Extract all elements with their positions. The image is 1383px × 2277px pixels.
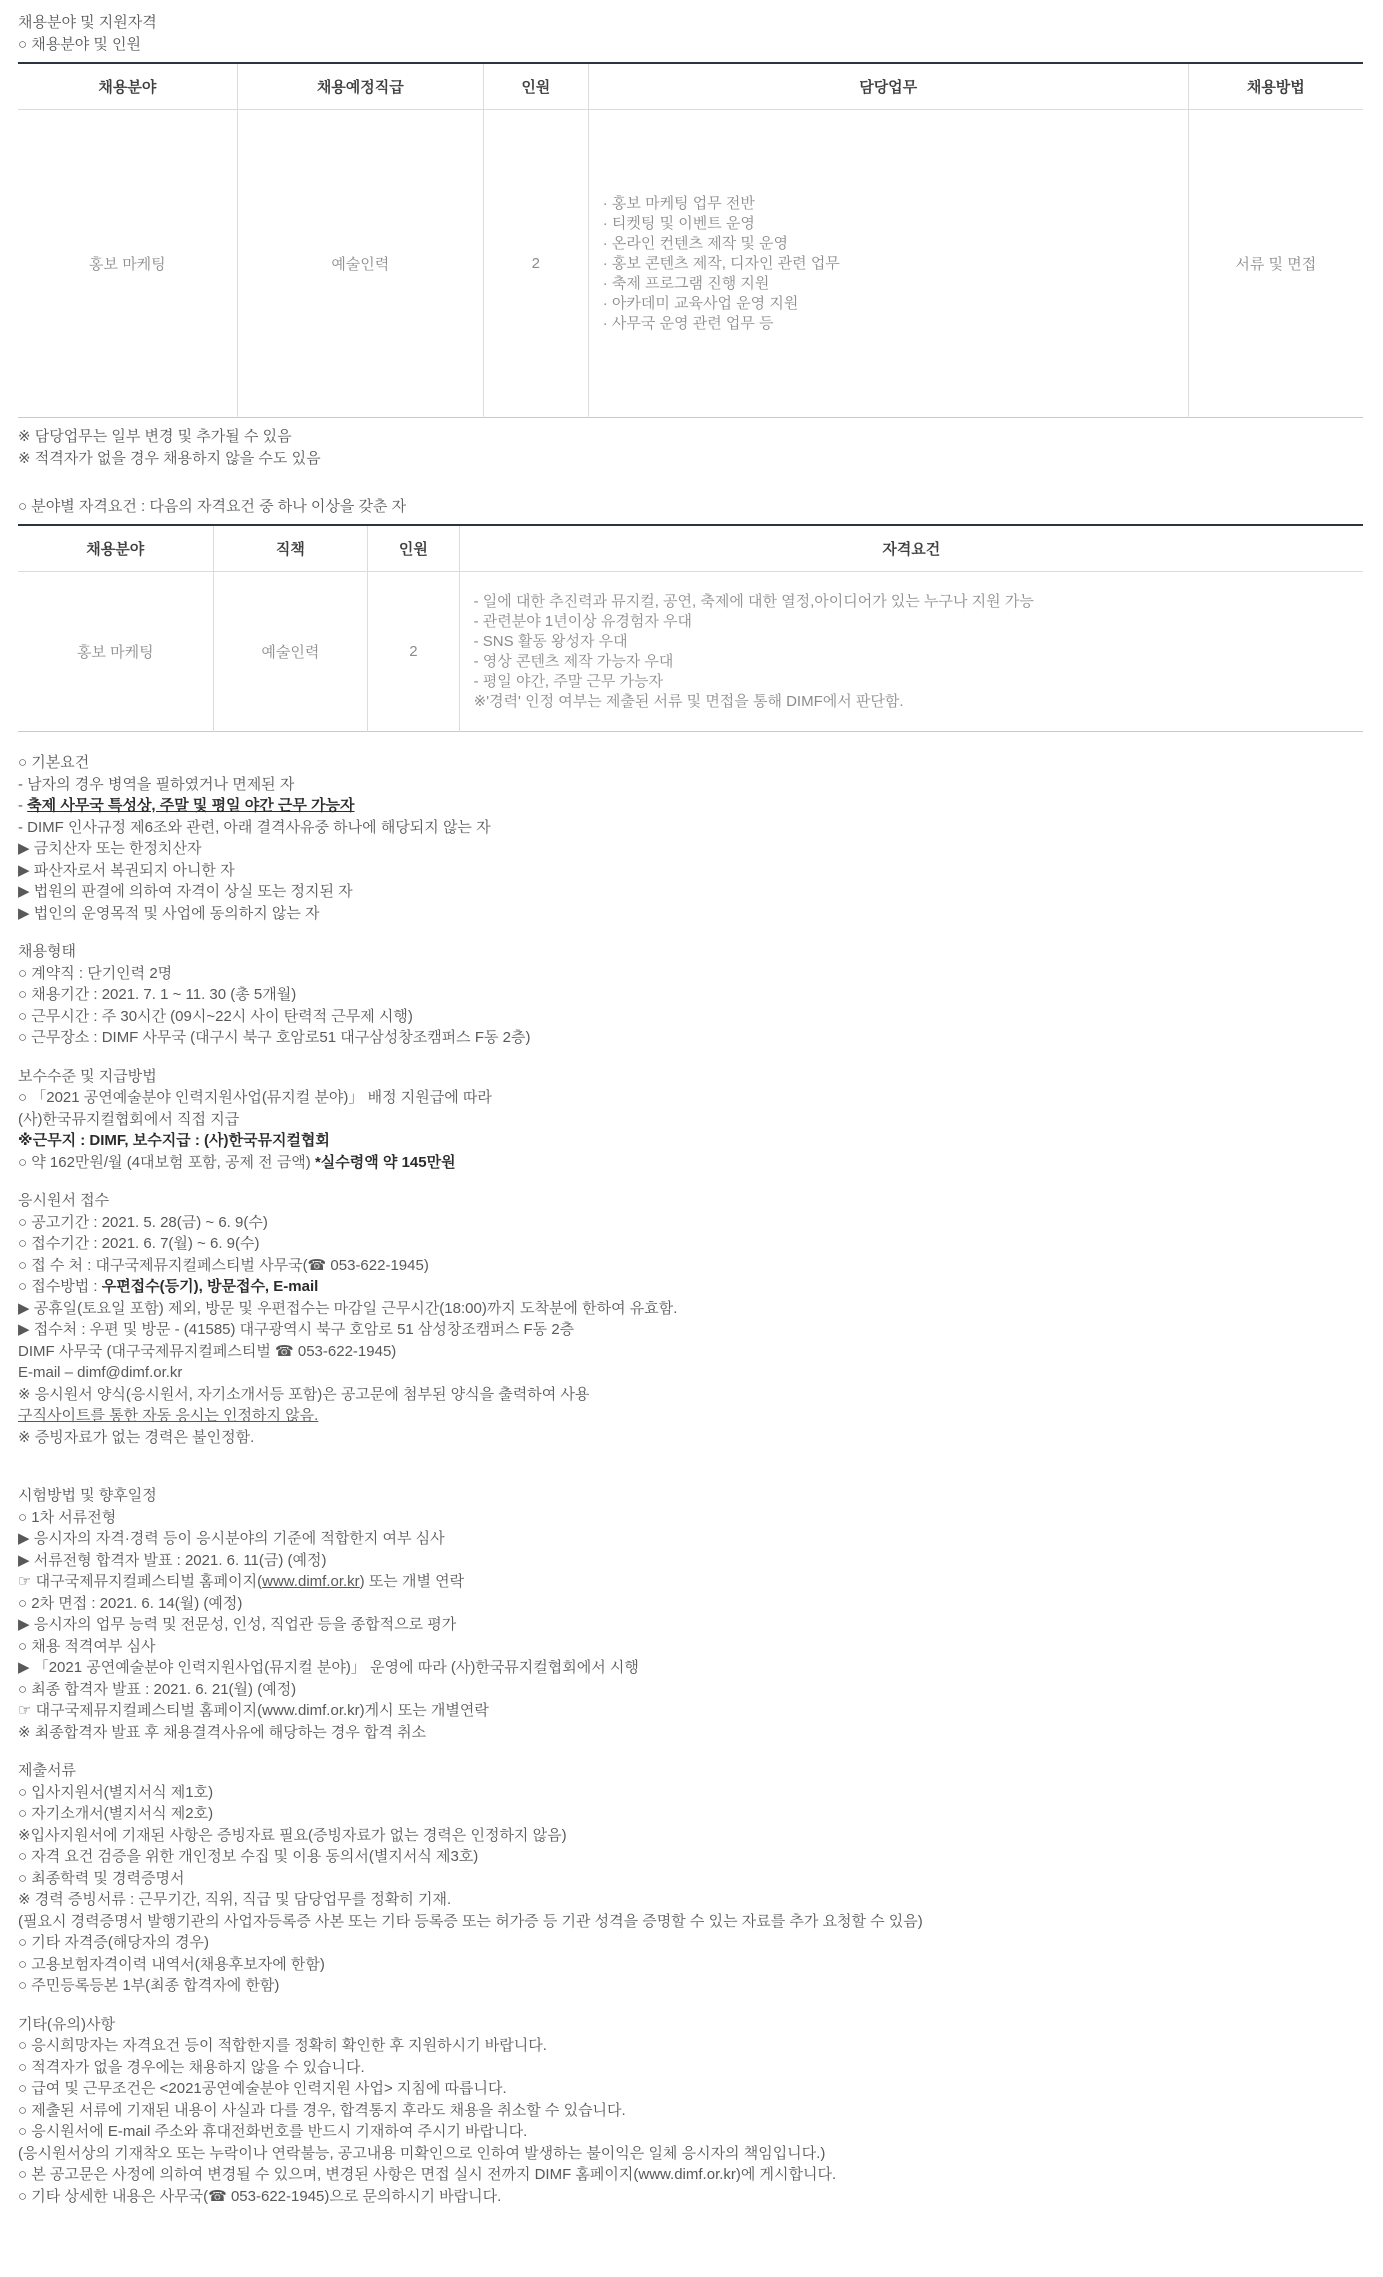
text-segment: ○ 제출된 서류에 기재된 내용이 사실과 다를 경우, 합격통지 후라도 채용… (18, 2102, 626, 2119)
recruitment-table: 채용분야 채용예정직급 인원 담당업무 채용방법 홍보 마케팅 예술인력 2 ·… (18, 62, 1363, 418)
text-line: ○ 제출된 서류에 기재된 내용이 사실과 다를 경우, 합격통지 후라도 채용… (18, 2100, 1363, 2122)
document-title-block: 채용분야 및 지원자격 ○ 채용분야 및 인원 (18, 12, 1363, 56)
text-line: (사)한국뮤지컬협회에서 직접 지급 (18, 1109, 1363, 1131)
text-segment: ○ 2차 면접 : 2021. 6. 14(월) (예정) (18, 1595, 242, 1612)
section-application-submission: 응시원서 접수○ 공고기간 : 2021. 5. 28(금) ~ 6. 9(수)… (18, 1190, 1363, 1448)
text-segment: (필요시 경력증명서 발행기관의 사업자등록증 사본 또는 기타 등록증 또는 … (18, 1913, 923, 1930)
text-line: ○ 응시희망자는 자격요건 등이 적합한지를 정확히 확인한 후 지원하시기 바… (18, 2035, 1363, 2057)
text-line: 채용형태 (18, 941, 1363, 963)
text-segment: ※ 적격자가 없을 경우 채용하지 않을 수도 있음 (18, 450, 321, 467)
text-segment: ▶ 서류전형 합격자 발표 : 2021. 6. 11(금) (예정) (18, 1552, 327, 1569)
text-line: ○ 기본요건 (18, 752, 1363, 774)
text-line: ○ 자기소개서(별지서식 제2호) (18, 1803, 1363, 1825)
text-segment: ※ 증빙자료가 없는 경력은 불인정함. (18, 1429, 254, 1446)
text-line: ○ 기타 상세한 내용은 사무국(☎ 053-622-1945)으로 문의하시기… (18, 2186, 1363, 2208)
text-segment: · 온라인 컨텐츠 제작 및 운영 (603, 235, 788, 252)
text-line: · 아카데미 교육사업 운영 지원 (603, 294, 1174, 314)
text-segment: ▶ 파산자로서 복권되지 아니한 자 (18, 862, 235, 879)
text-line: · 사무국 운영 관련 업무 등 (603, 314, 1174, 334)
text-segment: (응시원서상의 기재착오 또는 누락이나 연락불능, 공고내용 미확인으로 인하… (18, 2145, 825, 2162)
text-segment: 제출서류 (18, 1762, 76, 1779)
text-line: - 관련분야 1년이상 유경험자 우대 (474, 612, 1349, 632)
text-line: ○ 고용보험자격이력 내역서(채용후보자에 한함) (18, 1954, 1363, 1976)
text-segment: ○ 최종 합격자 발표 : 2021. 6. 21(월) (예정) (18, 1681, 296, 1698)
text-line: 보수수준 및 지급방법 (18, 1066, 1363, 1088)
text-line: ○ 접수방법 : 우편접수(등기), 방문접수, E-mail (18, 1276, 1363, 1298)
text-segment: *실수령액 약 145만원 (315, 1154, 456, 1171)
text-line: ○ 입사지원서(별지서식 제1호) (18, 1782, 1363, 1804)
text-segment: ※ 경력 증빙서류 : 근무기간, 직위, 직급 및 담당업무를 정확히 기재. (18, 1891, 451, 1908)
text-line: 기타(유의)사항 (18, 2014, 1363, 2036)
text-line: ▶ 법인의 운영목적 및 사업에 동의하지 않는 자 (18, 903, 1363, 925)
text-line: ※ 응시원서 양식(응시원서, 자기소개서등 포함)은 공고문에 첨부된 양식을… (18, 1384, 1363, 1406)
cell-qual-field: 홍보 마케팅 (18, 572, 213, 732)
recruitment-table-row: 홍보 마케팅 예술인력 2 · 홍보 마케팅 업무 전반· 티켓팅 및 이벤트 … (18, 110, 1363, 418)
text-segment: ○ 자기소개서(별지서식 제2호) (18, 1805, 213, 1822)
table-notes: ※ 담당업무는 일부 변경 및 추가될 수 있음※ 적격자가 없을 경우 채용하… (18, 426, 1363, 470)
text-segment: · 홍보 마케팅 업무 전반 (603, 195, 755, 212)
cell-recruit-method: 서류 및 면접 (1188, 110, 1363, 418)
text-segment: E-mail – dimf@dimf.or.kr (18, 1364, 182, 1381)
text-segment: - 일에 대한 추진력과 뮤지컬, 공연, 축제에 대한 열정,아이디어가 있는… (474, 593, 1034, 610)
text-segment: - (18, 797, 27, 814)
qualification-table-header-row: 채용분야 직책 인원 자격요건 (18, 525, 1363, 572)
text-segment: DIMF 사무국 (대구국제뮤지컬페스티벌 ☎ 053-622-1945) (18, 1343, 396, 1360)
section-other-notes: 기타(유의)사항○ 응시희망자는 자격요건 등이 적합한지를 정확히 확인한 후… (18, 2014, 1363, 2208)
text-segment: ○ 계약직 : 단기인력 2명 (18, 965, 172, 982)
text-line: 응시원서 접수 (18, 1190, 1363, 1212)
text-segment: 응시원서 접수 (18, 1192, 109, 1209)
text-segment: - 평일 야간, 주말 근무 가능자 (474, 673, 663, 690)
text-line: - 축제 사무국 특성상, 주말 및 평일 야간 근무 가능자 (18, 795, 1363, 817)
text-segment: - 영상 콘텐츠 제작 가능자 우대 (474, 653, 674, 670)
text-line: · 축제 프로그램 진행 지원 (603, 274, 1174, 294)
section-exam-schedule: 시험방법 및 향후일정○ 1차 서류전형▶ 응시자의 자격·경력 등이 응시분야… (18, 1485, 1363, 1743)
text-segment: ○ 기타 상세한 내용은 사무국(☎ 053-622-1945)으로 문의하시기… (18, 2188, 501, 2205)
text-segment: ○ 접수방법 : (18, 1278, 102, 1295)
col-header-requirements: 자격요건 (459, 525, 1363, 572)
text-segment: ○ 근무시간 : 주 30시간 (09시~22시 사이 탄력적 근무제 시행) (18, 1008, 413, 1025)
col-header-grade: 채용예정직급 (237, 63, 483, 110)
section1-title: ○ 채용분야 및 인원 (18, 34, 1363, 56)
cell-recruit-grade: 예술인력 (237, 110, 483, 418)
text-line: - 평일 야간, 주말 근무 가능자 (474, 672, 1349, 692)
section-employment-type: 채용형태○ 계약직 : 단기인력 2명○ 채용기간 : 2021. 7. 1 ~… (18, 941, 1363, 1049)
text-line: ▶ 법원의 판결에 의하여 자격이 상실 또는 정지된 자 (18, 881, 1363, 903)
cell-qual-headcount: 2 (368, 572, 459, 732)
text-line: ▶ 「2021 공연예술분야 인력지원사업(뮤지컬 분야)」 운영에 따라 (사… (18, 1657, 1363, 1679)
text-line: ※ 적격자가 없을 경우 채용하지 않을 수도 있음 (18, 448, 1363, 470)
text-line: (응시원서상의 기재착오 또는 누락이나 연락불능, 공고내용 미확인으로 인하… (18, 2143, 1363, 2165)
text-segment: ) 또는 개별 연락 (360, 1573, 464, 1590)
text-line: ○ 「2021 공연예술분야 인력지원사업(뮤지컬 분야)」 배정 지원급에 따… (18, 1087, 1363, 1109)
text-line: ○ 최종학력 및 경력증명서 (18, 1868, 1363, 1890)
text-segment: ※입사지원서에 기재된 사항은 증빙자료 필요(증빙자료가 없는 경력은 인정하… (18, 1827, 567, 1844)
text-segment: ▶ 응시자의 자격·경력 등이 응시분야의 기준에 적합한지 여부 심사 (18, 1530, 445, 1547)
text-line: - SNS 활동 왕성자 우대 (474, 632, 1349, 652)
text-segment: · 축제 프로그램 진행 지원 (603, 275, 770, 292)
col-header-field: 채용분야 (18, 525, 213, 572)
text-segment: ○ 주민등록등본 1부(최종 합격자에 한함) (18, 1977, 279, 1994)
text-line: ○ 응시원서에 E-mail 주소와 휴대전화번호를 반드시 기재하여 주시기 … (18, 2121, 1363, 2143)
col-header-headcount: 인원 (483, 63, 588, 110)
text-segment: ☞ 대구국제뮤지컬페스티벌 홈페이지(www.dimf.or.kr)게시 또는 … (18, 1702, 489, 1719)
text-segment: ▶ 공휴일(토요일 포함) 제외, 방문 및 우편접수는 마감일 근무시간(18… (18, 1300, 677, 1317)
page-title: 채용분야 및 지원자격 (18, 12, 1363, 34)
text-segment: · 사무국 운영 관련 업무 등 (603, 315, 774, 332)
text-line: 시험방법 및 향후일정 (18, 1485, 1363, 1507)
text-line: ○ 급여 및 근무조건은 <2021공연예술분야 인력지원 사업> 지침에 따릅… (18, 2078, 1363, 2100)
text-segment: - 관련분야 1년이상 유경험자 우대 (474, 613, 692, 630)
text-segment: 기타(유의)사항 (18, 2016, 115, 2033)
col-header-field: 채용분야 (18, 63, 237, 110)
section2-title: ○ 분야별 자격요건 : 다음의 자격요건 중 하나 이상을 갖춘 자 (18, 496, 1363, 518)
text-line: ○ 채용 적격여부 심사 (18, 1636, 1363, 1658)
col-header-duties: 담당업무 (588, 63, 1188, 110)
text-line: - 일에 대한 추진력과 뮤지컬, 공연, 축제에 대한 열정,아이디어가 있는… (474, 592, 1349, 612)
cell-recruit-field: 홍보 마케팅 (18, 110, 237, 418)
text-segment: ○ 자격 요건 검증을 위한 개인정보 수집 및 이용 동의서(별지서식 제3호… (18, 1848, 478, 1865)
text-line: ※ 최종합격자 발표 후 채용결격사유에 해당하는 경우 합격 취소 (18, 1722, 1363, 1744)
col-header-position: 직책 (213, 525, 368, 572)
text-segment: ▶ 접수처 : 우편 및 방문 - (41585) 대구광역시 북구 호암로 5… (18, 1321, 574, 1338)
text-segment: (사)한국뮤지컬협회에서 직접 지급 (18, 1111, 239, 1128)
text-segment: 축제 사무국 특성상, 주말 및 평일 야간 근무 가능자 (27, 797, 354, 814)
section-basic-requirements: ○ 기본요건- 남자의 경우 병역을 필하였거나 면제된 자- 축제 사무국 특… (18, 752, 1363, 924)
text-line: ○ 근무장소 : DIMF 사무국 (대구시 북구 호암로51 대구삼성창조캠퍼… (18, 1027, 1363, 1049)
text-line: ○ 채용기간 : 2021. 7. 1 ~ 11. 30 (총 5개월) (18, 984, 1363, 1006)
text-line: 제출서류 (18, 1760, 1363, 1782)
text-line: ○ 계약직 : 단기인력 2명 (18, 963, 1363, 985)
text-segment: ○ 고용보험자격이력 내역서(채용후보자에 한함) (18, 1956, 325, 1973)
text-segment: ○ 접 수 처 : 대구국제뮤지컬페스티벌 사무국(☎ 053-622-1945… (18, 1257, 429, 1274)
job-posting-document: { "document": { "title": "채용분야 및 지원자격", … (0, 0, 1383, 2277)
text-segment: ▶ 법인의 운영목적 및 사업에 동의하지 않는 자 (18, 905, 320, 922)
text-line: ○ 접수기간 : 2021. 6. 7(월) ~ 6. 9(수) (18, 1233, 1363, 1255)
recruitment-table-header-row: 채용분야 채용예정직급 인원 담당업무 채용방법 (18, 63, 1363, 110)
text-segment: ○ 기타 자격증(해당자의 경우) (18, 1934, 209, 1951)
text-segment: ○ 1차 서류전형 (18, 1509, 116, 1526)
text-line: ○ 자격 요건 검증을 위한 개인정보 수집 및 이용 동의서(별지서식 제3호… (18, 1846, 1363, 1868)
qualification-table: 채용분야 직책 인원 자격요건 홍보 마케팅 예술인력 2 - 일에 대한 추진… (18, 524, 1363, 732)
col-header-headcount: 인원 (368, 525, 459, 572)
text-line: ▶ 응시자의 자격·경력 등이 응시분야의 기준에 적합한지 여부 심사 (18, 1528, 1363, 1550)
text-line: · 온라인 컨텐츠 제작 및 운영 (603, 234, 1174, 254)
text-segment: ▶ 「2021 공연예술분야 인력지원사업(뮤지컬 분야)」 운영에 따라 (사… (18, 1659, 639, 1676)
text-segment: 구직사이트를 통한 자동 응시는 인정하지 않음. (18, 1407, 318, 1424)
text-segment: ○ 입사지원서(별지서식 제1호) (18, 1784, 213, 1801)
text-line: ※'경력' 인정 여부는 제출된 서류 및 면접을 통해 DIMF에서 판단함. (474, 692, 1349, 712)
text-line: · 홍보 콘텐츠 제작, 디자인 관련 업무 (603, 254, 1174, 274)
section-required-documents: 제출서류○ 입사지원서(별지서식 제1호)○ 자기소개서(별지서식 제2호)※입… (18, 1760, 1363, 1997)
cell-qual-requirements: - 일에 대한 추진력과 뮤지컬, 공연, 축제에 대한 열정,아이디어가 있는… (459, 572, 1363, 732)
text-segment: 우편접수(등기), 방문접수, E-mail (102, 1278, 319, 1295)
text-segment: · 티켓팅 및 이벤트 운영 (603, 215, 755, 232)
text-line: ○ 약 162만원/월 (4대보험 포함, 공제 전 금액) *실수령액 약 1… (18, 1152, 1363, 1174)
text-segment: ※ 응시원서 양식(응시원서, 자기소개서등 포함)은 공고문에 첨부된 양식을… (18, 1386, 589, 1403)
text-segment: ○ 채용기간 : 2021. 7. 1 ~ 11. 30 (총 5개월) (18, 986, 296, 1003)
text-line: ▶ 접수처 : 우편 및 방문 - (41585) 대구광역시 북구 호암로 5… (18, 1319, 1363, 1341)
text-segment: - SNS 활동 왕성자 우대 (474, 633, 628, 650)
col-header-method: 채용방법 (1188, 63, 1363, 110)
text-line: ▶ 공휴일(토요일 포함) 제외, 방문 및 우편접수는 마감일 근무시간(18… (18, 1298, 1363, 1320)
text-segment: 채용형태 (18, 943, 76, 960)
text-line: ○ 주민등록등본 1부(최종 합격자에 한함) (18, 1975, 1363, 1997)
text-segment: ○ 약 162만원/월 (4대보험 포함, 공제 전 금액) (18, 1154, 315, 1171)
text-line: DIMF 사무국 (대구국제뮤지컬페스티벌 ☎ 053-622-1945) (18, 1341, 1363, 1363)
text-segment: ☞ 대구국제뮤지컬페스티벌 홈페이지( (18, 1573, 262, 1590)
text-segment: ○ 채용 적격여부 심사 (18, 1638, 155, 1655)
text-line: ○ 근무시간 : 주 30시간 (09시~22시 사이 탄력적 근무제 시행) (18, 1006, 1363, 1028)
text-line: ☞ 대구국제뮤지컬페스티벌 홈페이지(www.dimf.or.kr) 또는 개별… (18, 1571, 1363, 1593)
qualification-table-row: 홍보 마케팅 예술인력 2 - 일에 대한 추진력과 뮤지컬, 공연, 축제에 … (18, 572, 1363, 732)
dimf-homepage-link[interactable]: www.dimf.or.kr (262, 1573, 360, 1590)
text-segment: ○ 응시원서에 E-mail 주소와 휴대전화번호를 반드시 기재하여 주시기 … (18, 2123, 527, 2140)
text-line: 구직사이트를 통한 자동 응시는 인정하지 않음. (18, 1405, 1363, 1427)
text-segment: 시험방법 및 향후일정 (18, 1487, 157, 1504)
text-line: ※입사지원서에 기재된 사항은 증빙자료 필요(증빙자료가 없는 경력은 인정하… (18, 1825, 1363, 1847)
text-line: ○ 1차 서류전형 (18, 1507, 1363, 1529)
text-segment: ○ 근무장소 : DIMF 사무국 (대구시 북구 호암로51 대구삼성창조캠퍼… (18, 1029, 530, 1046)
text-segment: · 홍보 콘텐츠 제작, 디자인 관련 업무 (603, 255, 840, 272)
text-line: E-mail – dimf@dimf.or.kr (18, 1362, 1363, 1384)
text-line: ▶ 금치산자 또는 한정치산자 (18, 838, 1363, 860)
text-segment: ▶ 금치산자 또는 한정치산자 (18, 840, 201, 857)
text-line: ○ 접 수 처 : 대구국제뮤지컬페스티벌 사무국(☎ 053-622-1945… (18, 1255, 1363, 1277)
text-segment: · 아카데미 교육사업 운영 지원 (603, 295, 799, 312)
text-line: ※ 증빙자료가 없는 경력은 불인정함. (18, 1427, 1363, 1449)
text-line: ○ 적격자가 없을 경우에는 채용하지 않을 수 있습니다. (18, 2057, 1363, 2079)
text-line: ○ 공고기간 : 2021. 5. 28(금) ~ 6. 9(수) (18, 1212, 1363, 1234)
text-segment: 보수수준 및 지급방법 (18, 1068, 157, 1085)
text-segment: ○ 급여 및 근무조건은 <2021공연예술분야 인력지원 사업> 지침에 따릅… (18, 2080, 507, 2097)
text-segment: ▶ 법원의 판결에 의하여 자격이 상실 또는 정지된 자 (18, 883, 353, 900)
cell-recruit-headcount: 2 (483, 110, 588, 418)
text-line: ○ 본 공고문은 사정에 의하여 변경될 수 있으며, 변경된 사항은 면접 실… (18, 2164, 1363, 2186)
text-line: ▶ 파산자로서 복권되지 아니한 자 (18, 860, 1363, 882)
text-segment: ○ 응시희망자는 자격요건 등이 적합한지를 정확히 확인한 후 지원하시기 바… (18, 2037, 547, 2054)
text-line: ○ 2차 면접 : 2021. 6. 14(월) (예정) (18, 1593, 1363, 1615)
text-line: ○ 최종 합격자 발표 : 2021. 6. 21(월) (예정) (18, 1679, 1363, 1701)
text-line: · 티켓팅 및 이벤트 운영 (603, 214, 1174, 234)
text-segment: ※ 최종합격자 발표 후 채용결격사유에 해당하는 경우 합격 취소 (18, 1724, 426, 1741)
text-segment: ※근무지 : DIMF, 보수지급 : (사)한국뮤지컬협회 (18, 1132, 330, 1149)
text-segment: ○ 적격자가 없을 경우에는 채용하지 않을 수 있습니다. (18, 2059, 365, 2076)
text-line: ※근무지 : DIMF, 보수지급 : (사)한국뮤지컬협회 (18, 1130, 1363, 1152)
text-segment: ○ 「2021 공연예술분야 인력지원사업(뮤지컬 분야)」 배정 지원급에 따… (18, 1089, 492, 1106)
text-segment: ○ 본 공고문은 사정에 의하여 변경될 수 있으며, 변경된 사항은 면접 실… (18, 2166, 836, 2183)
text-segment: ○ 접수기간 : 2021. 6. 7(월) ~ 6. 9(수) (18, 1235, 260, 1252)
text-line: - DIMF 인사규정 제6조와 관련, 아래 결격사유중 하나에 해당되지 않… (18, 817, 1363, 839)
text-line: ※ 경력 증빙서류 : 근무기간, 직위, 직급 및 담당업무를 정확히 기재. (18, 1889, 1363, 1911)
text-segment: - 남자의 경우 병역을 필하였거나 면제된 자 (18, 776, 294, 793)
cell-recruit-duties: · 홍보 마케팅 업무 전반· 티켓팅 및 이벤트 운영· 온라인 컨텐츠 제작… (588, 110, 1188, 418)
text-segment: ※ 담당업무는 일부 변경 및 추가될 수 있음 (18, 428, 292, 445)
text-line: ※ 담당업무는 일부 변경 및 추가될 수 있음 (18, 426, 1363, 448)
text-line: - 남자의 경우 병역을 필하였거나 면제된 자 (18, 774, 1363, 796)
text-segment: ○ 기본요건 (18, 754, 89, 771)
text-line: (필요시 경력증명서 발행기관의 사업자등록증 사본 또는 기타 등록증 또는 … (18, 1911, 1363, 1933)
text-segment: ▶ 응시자의 업무 능력 및 전문성, 인성, 직업관 등을 종합적으로 평가 (18, 1616, 456, 1633)
text-line: ▶ 서류전형 합격자 발표 : 2021. 6. 11(금) (예정) (18, 1550, 1363, 1572)
text-segment: ※'경력' 인정 여부는 제출된 서류 및 면접을 통해 DIMF에서 판단함. (474, 693, 904, 710)
text-line: - 영상 콘텐츠 제작 가능자 우대 (474, 652, 1349, 672)
text-segment: ○ 최종학력 및 경력증명서 (18, 1870, 184, 1887)
text-segment: ○ 공고기간 : 2021. 5. 28(금) ~ 6. 9(수) (18, 1214, 268, 1231)
section-compensation: 보수수준 및 지급방법○ 「2021 공연예술분야 인력지원사업(뮤지컬 분야)… (18, 1066, 1363, 1174)
text-line: ○ 기타 자격증(해당자의 경우) (18, 1932, 1363, 1954)
text-line: ☞ 대구국제뮤지컬페스티벌 홈페이지(www.dimf.or.kr)게시 또는 … (18, 1700, 1363, 1722)
cell-qual-position: 예술인력 (213, 572, 368, 732)
text-line: ▶ 응시자의 업무 능력 및 전문성, 인성, 직업관 등을 종합적으로 평가 (18, 1614, 1363, 1636)
text-segment: - DIMF 인사규정 제6조와 관련, 아래 결격사유중 하나에 해당되지 않… (18, 819, 491, 836)
text-line: · 홍보 마케팅 업무 전반 (603, 194, 1174, 214)
